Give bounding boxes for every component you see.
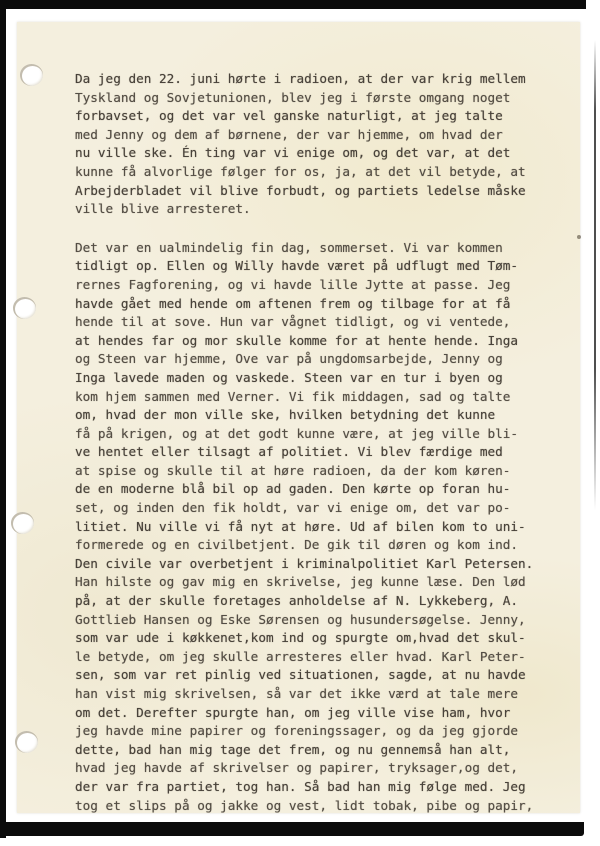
typewritten-line: der var fra partiet, tog han. Så bad han…	[75, 778, 555, 797]
typewritten-line: Tyskland og Sovjetunionen, blev jeg i fø…	[75, 89, 555, 108]
typewritten-line: jeg havde mine papirer og foreningssager…	[75, 722, 555, 741]
typewritten-line: sen, som var ret pinlig ved situationen,…	[75, 666, 555, 685]
typewritten-line: le betyde, om jeg skulle arresteres elle…	[75, 648, 555, 667]
typewritten-line: ve hentet eller tilsagt af politiet. Vi …	[75, 443, 555, 462]
typewritten-line: ville blive arresteret.	[75, 200, 555, 219]
typewritten-text: Da jeg den 22. juni hørte i radioen, at …	[75, 70, 555, 815]
typewritten-line: tog et slips på og jakke og vest, lidt t…	[75, 797, 555, 816]
typewritten-line: som var ude i køkkenet,kom ind og spurgt…	[75, 629, 555, 648]
typewritten-paragraph: Da jeg den 22. juni hørte i radioen, at …	[75, 70, 555, 219]
typewritten-line: på, at der skulle foretages anholdelse a…	[75, 592, 555, 611]
typewritten-line: havde gået med hende om aftenen frem og …	[75, 295, 555, 314]
scan-border-left	[0, 0, 6, 838]
ink-speck	[577, 235, 581, 239]
typewritten-line: han vist mig skrivelsen, så var det ikke…	[75, 685, 555, 704]
typewritten-line: de en moderne blå bil op ad gaden. Den k…	[75, 480, 555, 499]
typewritten-line: Da jeg den 22. juni hørte i radioen, at …	[75, 70, 555, 89]
typewritten-line: hende til at sove. Hun var vågnet tidlig…	[75, 313, 555, 332]
typewritten-line: kom hjem sammen med Verner. Vi fik midda…	[75, 388, 555, 407]
typewritten-line: formerede og en civilbetjent. De gik til…	[75, 536, 555, 555]
typewritten-line: og Steen var hjemme, Ove var på ungdomsa…	[75, 350, 555, 369]
typewritten-line: Arbejderbladet vil blive forbudt, og par…	[75, 182, 555, 201]
typewritten-line: nu ville ske. Én ting var vi enige om, o…	[75, 144, 555, 163]
typewritten-line: set, og inden den fik holdt, var vi enig…	[75, 499, 555, 518]
typewritten-line: rernes Fagforening, og vi havde lille Jy…	[75, 276, 555, 295]
typewritten-line: dette, bad han mig tage det frem, og nu …	[75, 741, 555, 760]
typewritten-line: Inga lavede maden og vaskede. Steen var …	[75, 369, 555, 388]
typewritten-line: om det. Derefter spurgte han, om jeg vil…	[75, 704, 555, 723]
document-page: Da jeg den 22. juni hørte i radioen, at …	[17, 22, 580, 813]
scanned-document: Da jeg den 22. juni hørte i radioen, at …	[0, 0, 600, 846]
typewritten-line: kunne få alvorlige følger for os, ja, at…	[75, 163, 555, 182]
typewritten-line: Den civile var overbetjent i kriminalpol…	[75, 555, 555, 574]
scan-border-bottom	[0, 822, 584, 836]
typewritten-line: forbavset, og det var vel ganske naturli…	[75, 107, 555, 126]
typewritten-line: at spise og skulle til at høre radioen, …	[75, 462, 555, 481]
punch-hole	[13, 297, 36, 319]
typewritten-line: Det var en ualmindelig fin dag, sommerse…	[75, 239, 555, 258]
typewritten-line: Gottlieb Hansen og Eske Sørensen og husu…	[75, 611, 555, 630]
punch-hole	[15, 731, 38, 753]
punch-hole	[11, 512, 34, 534]
punch-hole	[20, 64, 43, 86]
typewritten-line: få på krigen, og at det godt kunne være,…	[75, 425, 555, 444]
typewritten-line: Han hilste og gav mig en skrivelse, jeg …	[75, 573, 555, 592]
typewritten-line: litiet. Nu ville vi få nyt at høre. Ud a…	[75, 518, 555, 537]
typewritten-paragraph: Det var en ualmindelig fin dag, sommerse…	[75, 239, 555, 815]
scan-border-right	[594, 40, 596, 510]
typewritten-line: om, hvad der mon ville ske, hvilken bety…	[75, 406, 555, 425]
typewritten-line: med Jenny og dem af børnene, der var hje…	[75, 126, 555, 145]
typewritten-line: tidligt op. Ellen og Willy havde været p…	[75, 257, 555, 276]
typewritten-line: at hendes far og mor skulle komme for at…	[75, 332, 555, 351]
scan-border-top	[0, 0, 586, 9]
typewritten-line: hvad jeg havde af skrivelser og papirer,…	[75, 759, 555, 778]
